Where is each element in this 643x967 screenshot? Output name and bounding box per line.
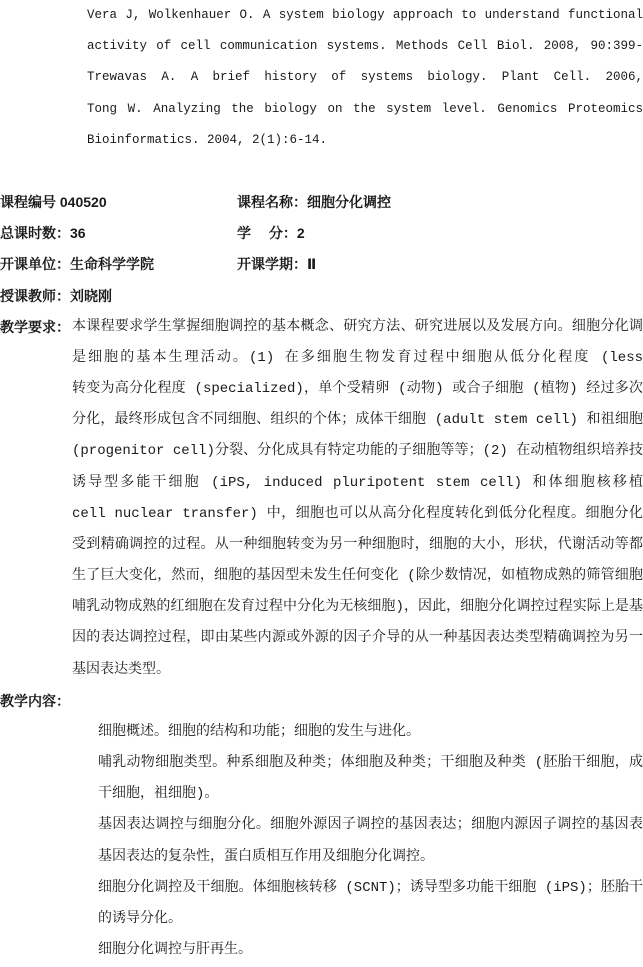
syllabus-page: (1)Vera J, Wolkenhauer O. A system biolo…	[0, 0, 643, 966]
requirements-text-line: cell nuclear transfer) 中，细胞也可以从高分化程度转化到低…	[72, 499, 643, 530]
course-name-field: 课程名称：细胞分化调控	[237, 187, 643, 218]
reference-text: Bioinformatics. 2004, 2(1):6-14.	[87, 133, 327, 147]
content-item: 4.基因表达的复杂性，蛋白质相互作用及细胞分化调控。	[98, 842, 643, 873]
reference-item: (2)Trewavas A. A brief history of system…	[87, 62, 643, 93]
course-info-row: 授课教师：刘晓刚	[0, 281, 643, 312]
item-text: 干细胞，祖细胞)。	[98, 786, 218, 802]
semester-field: 开课学期：Ⅱ	[237, 249, 643, 280]
requirements-text-line: (progenitor cell)分裂、分化成具有特定功能的子细胞等等；(2) …	[72, 436, 643, 467]
content-item: 5.细胞分化调控及干细胞。体细胞核转移 (SCNT)；诱导型多功能干细胞 (iP…	[98, 873, 643, 904]
requirements-text-line: 本课程要求学生掌握细胞调控的基本概念、研究方法、研究进展以及发展方向。细胞分化调…	[72, 312, 643, 343]
item-text: 细胞分化调控与肝再生。	[98, 942, 252, 958]
item-text: 的诱导分化。	[98, 911, 182, 927]
course-info-row: 开课单位：生命科学学院 开课学期：Ⅱ	[0, 249, 643, 280]
reference-list: (1)Vera J, Wolkenhauer O. A system biolo…	[0, 0, 643, 156]
requirements-text-line: 基因表达类型。	[72, 655, 643, 686]
reference-text: Tong W. Analyzing the biology on the sys…	[87, 102, 643, 116]
reference-item: (3)Tong W. Analyzing the biology on the …	[87, 94, 643, 125]
requirements-text-line: 受到精确调控的过程。从一种细胞转变为另一种细胞时，细胞的大小，形状，代谢活动等都…	[72, 530, 643, 561]
requirements-text-line: 哺乳动物成熟的红细胞在发育过程中分化为无核细胞)，因此，细胞分化调控过程实际上是…	[72, 592, 643, 623]
total-hours-field: 总课时数：36	[0, 218, 237, 249]
reference-text: activity of cell communication systems. …	[87, 39, 643, 62]
teaching-content-list: 1.细胞概述。细胞的结构和功能；细胞的发生与进化。 2.哺乳动物细胞类型。种系细…	[0, 717, 643, 966]
requirements-text-line: 是细胞的基本生理活动。(1) 在多细胞生物发育过程中细胞从低分化程度 (less…	[72, 343, 643, 374]
empty-cell	[237, 281, 643, 312]
content-item: 1.细胞概述。细胞的结构和功能；细胞的发生与进化。	[98, 717, 643, 748]
instructor-field: 授课教师：刘晓刚	[0, 281, 237, 312]
content-item-continuation: 干细胞，祖细胞)。	[98, 779, 643, 810]
teaching-requirements-section: 教学要求： 本课程要求学生掌握细胞调控的基本概念、研究方法、研究进展以及发展方向…	[0, 312, 643, 686]
reference-item-continuation: activity of cell communication systems. …	[87, 31, 643, 62]
reference-item-continuation: Bioinformatics. 2004, 2(1):6-14.	[87, 125, 643, 156]
teaching-requirements-label: 教学要求：	[0, 312, 72, 343]
content-item: 6.细胞分化调控与肝再生。	[98, 935, 643, 966]
requirements-text-line: 分化，最终形成包含不同细胞、组织的个体；成体干细胞 (adult stem ce…	[72, 405, 643, 436]
reference-item: (1)Vera J, Wolkenhauer O. A system biolo…	[87, 0, 643, 31]
course-info: 课程编号 040520 课程名称：细胞分化调控 总课时数：36 学 分：2 开课…	[0, 187, 643, 312]
teaching-content-label: 教学内容：	[0, 686, 643, 717]
requirements-text-line: 转变为高分化程度 (specialized)，单个受精卵 (动物) 或合子细胞 …	[72, 374, 643, 405]
reference-text: Trewavas A. A brief history of systems b…	[87, 70, 643, 93]
requirements-text-line: 因的表达调控过程，即由某些内源或外源的因子介导的从一种基因表达类型精确调控为另一…	[72, 623, 643, 654]
credits-field: 学 分：2	[237, 218, 643, 249]
course-info-row: 课程编号 040520 课程名称：细胞分化调控	[0, 187, 643, 218]
blank-line	[0, 156, 643, 187]
item-text: 基因表达的复杂性，蛋白质相互作用及细胞分化调控。	[98, 849, 434, 865]
offering-unit-field: 开课单位：生命科学学院	[0, 249, 237, 280]
reference-text: Vera J, Wolkenhauer O. A system biology …	[87, 8, 643, 22]
content-item-continuation: 的诱导分化。	[98, 904, 643, 935]
item-text: 基因表达调控与细胞分化。细胞外源因子调控的基因表达；细胞内源因子调控的基因表达；	[98, 817, 643, 841]
item-text: 哺乳动物细胞类型。种系细胞及种类；体细胞及种类；干细胞及种类 (胚胎干细胞，成体	[98, 755, 643, 779]
content-item: 2.哺乳动物细胞类型。种系细胞及种类；体细胞及种类；干细胞及种类 (胚胎干细胞，…	[98, 748, 643, 779]
item-text: 细胞概述。细胞的结构和功能；细胞的发生与进化。	[98, 724, 420, 740]
content-item: 3.基因表达调控与细胞分化。细胞外源因子调控的基因表达；细胞内源因子调控的基因表…	[98, 810, 643, 841]
requirements-text-line: 诱导型多能干细胞 (iPS, induced pluripotent stem …	[72, 468, 643, 499]
item-text: 细胞分化调控及干细胞。体细胞核转移 (SCNT)；诱导型多功能干细胞 (iPS)…	[98, 880, 643, 904]
course-info-row: 总课时数：36 学 分：2	[0, 218, 643, 249]
requirements-text-line: 生了巨大变化，然而，细胞的基因型未发生任何变化 (除少数情况，如植物成熟的筛管细…	[72, 561, 643, 592]
course-code-field: 课程编号 040520	[0, 187, 237, 218]
